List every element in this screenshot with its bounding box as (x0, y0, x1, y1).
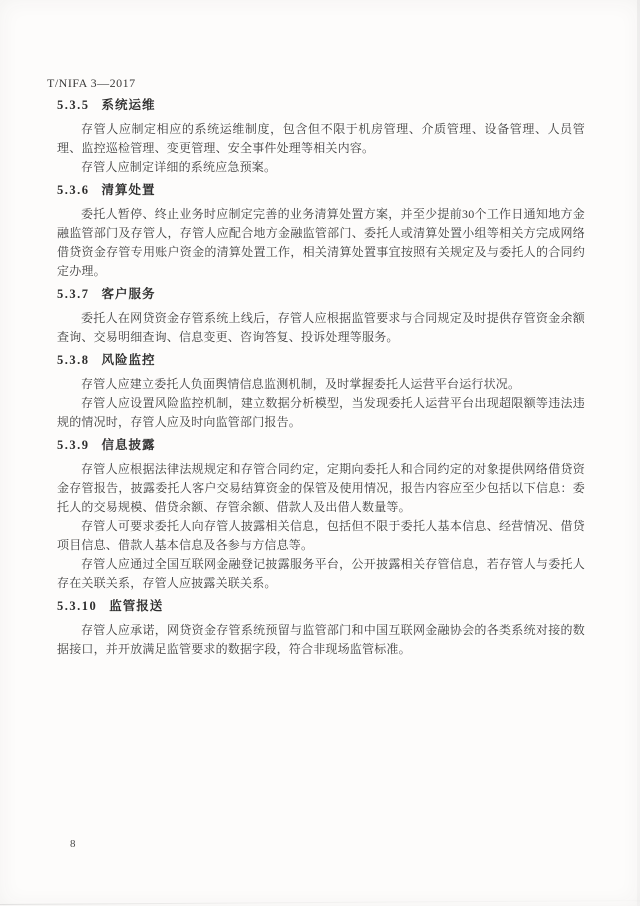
page-number: 8 (70, 838, 76, 850)
section-title: 客户服务 (102, 286, 156, 302)
document-section: 5.3.7 客户服务 委托人在网贷资金存管系统上线后，存管人应根据监管要求与合同… (57, 286, 585, 347)
paragraph: 委托人暂停、终止业务时应制定完善的业务清算处置方案，并至少提前30个工作日通知地… (57, 205, 585, 281)
section-heading: 5.3.10 监管报送 (57, 598, 585, 614)
section-number: 5.3.5 (57, 97, 90, 113)
scan-edge-bottom-artifact (0, 900, 640, 905)
section-number: 5.3.10 (57, 598, 97, 614)
document-section: 5.3.9 信息披露 存管人应根据法律法规规定和存管合同约定，定期向委托人和合同… (57, 437, 585, 593)
section-number: 5.3.8 (57, 352, 90, 368)
section-heading: 5.3.6 清算处置 (57, 182, 585, 198)
paragraph: 存管人应设置风险监控机制，建立数据分析模型，当发现委托人运营平台出现超限额等违法… (57, 394, 585, 432)
document-section: 5.3.10 监管报送 存管人应承诺，网贷资金存管系统预留与监管部门和中国互联网… (57, 598, 585, 659)
paragraph: 存管人应建立委托人负面舆情信息监测机制，及时掌握委托人运营平台运行状况。 (57, 375, 585, 394)
section-number: 5.3.7 (57, 286, 90, 302)
document-body: 5.3.5 系统运维 存管人应制定相应的系统运维制度，包含但不限于机房管理、介质… (57, 97, 585, 659)
section-title: 监管报送 (109, 598, 163, 614)
section-heading: 5.3.7 客户服务 (57, 286, 585, 302)
section-heading: 5.3.8 风险监控 (57, 352, 585, 368)
scanned-document-page: T/NIFA 3—2017 5.3.5 系统运维 存管人应制定相应的系统运维制度… (0, 0, 640, 906)
section-title: 信息披露 (102, 437, 156, 453)
paragraph: 存管人应制定相应的系统运维制度，包含但不限于机房管理、介质管理、设备管理、人员管… (57, 120, 585, 158)
document-section: 5.3.8 风险监控 存管人应建立委托人负面舆情信息监测机制，及时掌握委托人运营… (57, 352, 585, 432)
section-title: 风险监控 (102, 352, 156, 368)
section-heading: 5.3.9 信息披露 (57, 437, 585, 453)
paragraph: 存管人应根据法律法规规定和存管合同约定，定期向委托人和合同约定的对象提供网络借贷… (57, 460, 585, 517)
document-section: 5.3.6 清算处置 委托人暂停、终止业务时应制定完善的业务清算处置方案，并至少… (57, 182, 585, 281)
paragraph: 存管人应制定详细的系统应急预案。 (57, 158, 585, 177)
paragraph: 委托人在网贷资金存管系统上线后，存管人应根据监管要求与合同规定及时提供存管资金余… (57, 309, 585, 347)
document-section: 5.3.5 系统运维 存管人应制定相应的系统运维制度，包含但不限于机房管理、介质… (57, 97, 585, 177)
section-number: 5.3.6 (57, 182, 90, 198)
paragraph: 存管人可要求委托人向存管人披露相关信息，包括但不限于委托人基本信息、经营情况、借… (57, 517, 585, 555)
section-title: 系统运维 (102, 97, 156, 113)
section-heading: 5.3.5 系统运维 (57, 97, 585, 113)
section-number: 5.3.9 (57, 437, 90, 453)
paragraph: 存管人应通过全国互联网金融登记披露服务平台，公开披露相关存管信息，若存管人与委托… (57, 555, 585, 593)
document-header-code: T/NIFA 3—2017 (47, 76, 136, 91)
section-title: 清算处置 (102, 182, 156, 198)
paragraph: 存管人应承诺，网贷资金存管系统预留与监管部门和中国互联网金融协会的各类系统对接的… (57, 621, 585, 659)
